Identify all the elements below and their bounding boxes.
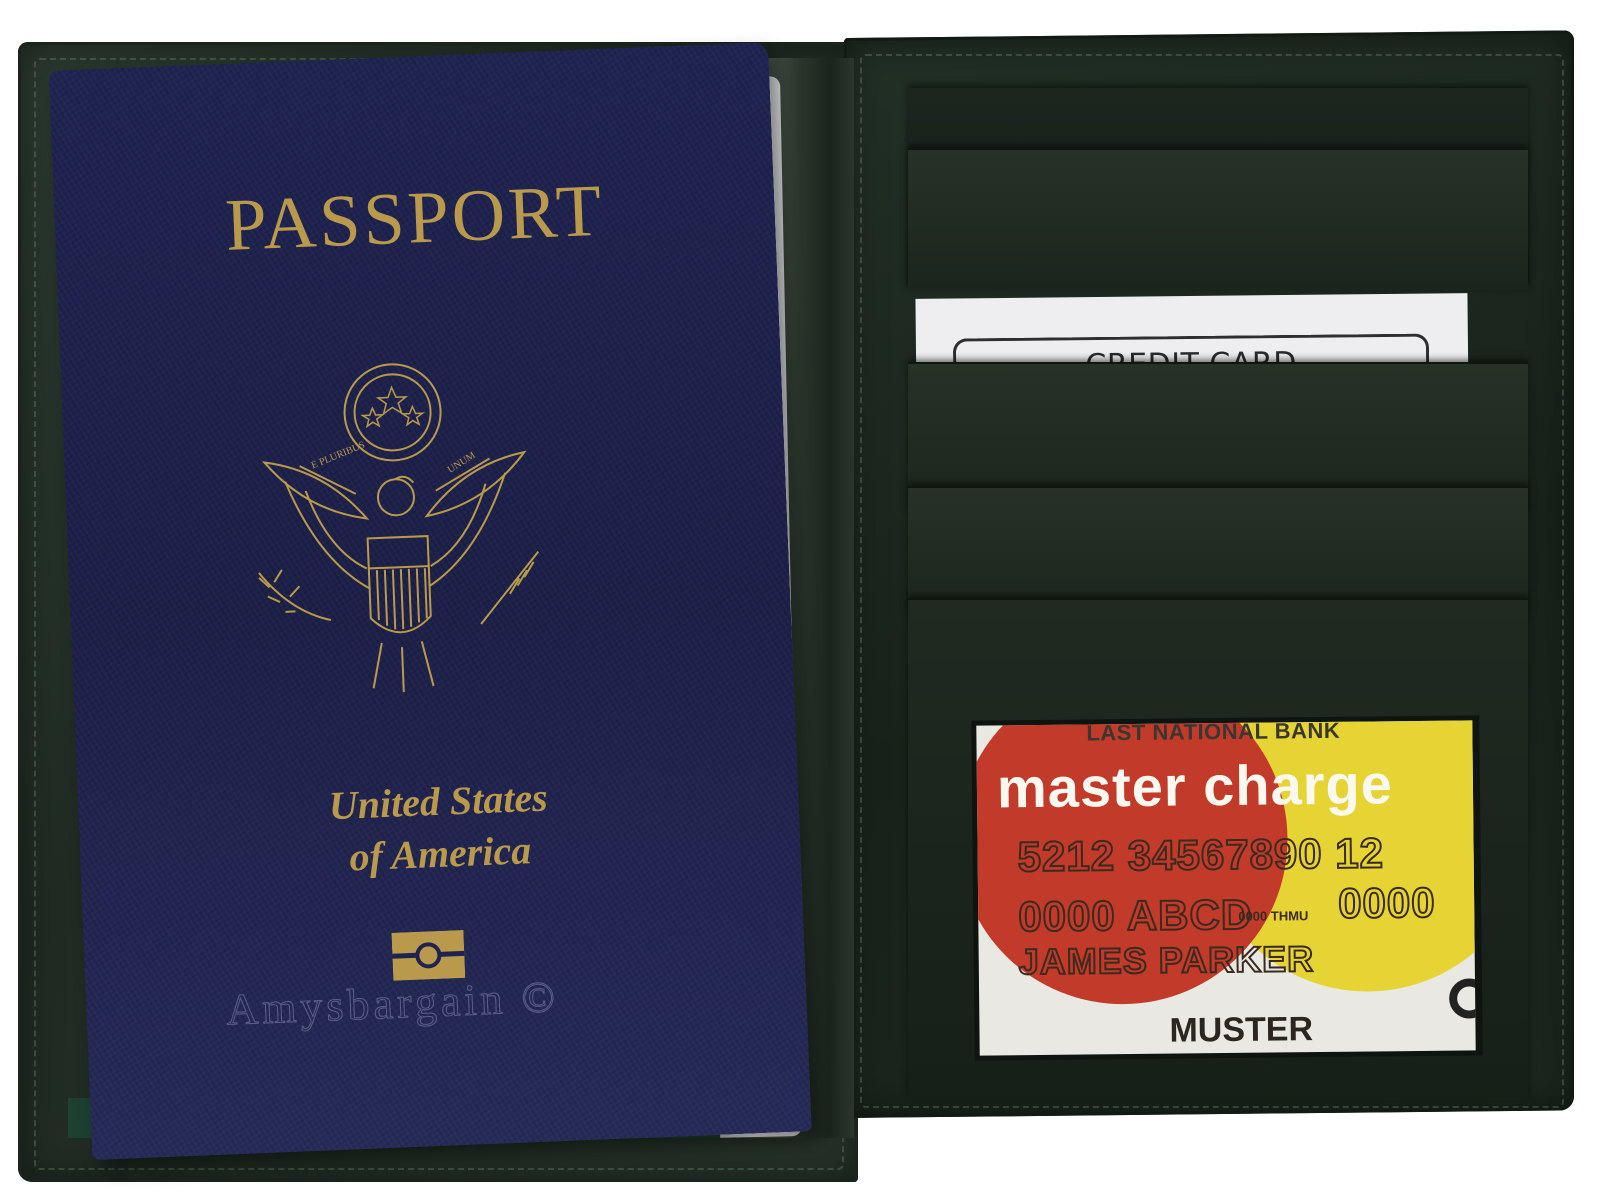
passport-title: PASSPORT bbox=[53, 162, 776, 276]
us-passport[interactable]: PASSPORT bbox=[49, 42, 812, 1160]
card-brand: master charge bbox=[997, 751, 1394, 820]
watermark: Amysbargain © bbox=[225, 971, 559, 1035]
card-valid-thru-label: 0000 THMU bbox=[1238, 908, 1308, 924]
id-window[interactable]: LAST NATIONAL BANK master charge 5212 34… bbox=[971, 715, 1483, 1060]
card-line2-right: 0000 bbox=[1338, 879, 1436, 928]
seal-motto-left: E PLURIBUS bbox=[310, 440, 367, 472]
card-slot-1[interactable] bbox=[908, 148, 1528, 290]
great-seal-eagle-icon: E PLURIBUS UNUM bbox=[240, 351, 553, 703]
biometric-chip-icon bbox=[391, 930, 465, 981]
card-line2-left: 0000 ABCD bbox=[1018, 891, 1252, 941]
card-footer-text: MUSTER bbox=[1169, 1010, 1313, 1051]
passport-country: United States of America bbox=[77, 761, 801, 894]
card-bank-name: LAST NATIONAL BANK bbox=[1086, 720, 1340, 746]
card-number: 5212 34567890 12 bbox=[1017, 829, 1384, 881]
card-holder-name: JAMES PARKER bbox=[1019, 938, 1315, 983]
passport-wallet: CREDIT CARD LAST NATIONAL BANK master ch… bbox=[8, 38, 1598, 1188]
card-logo-icon bbox=[1449, 978, 1476, 1018]
master-charge-card: LAST NATIONAL BANK master charge 5212 34… bbox=[976, 720, 1475, 1055]
